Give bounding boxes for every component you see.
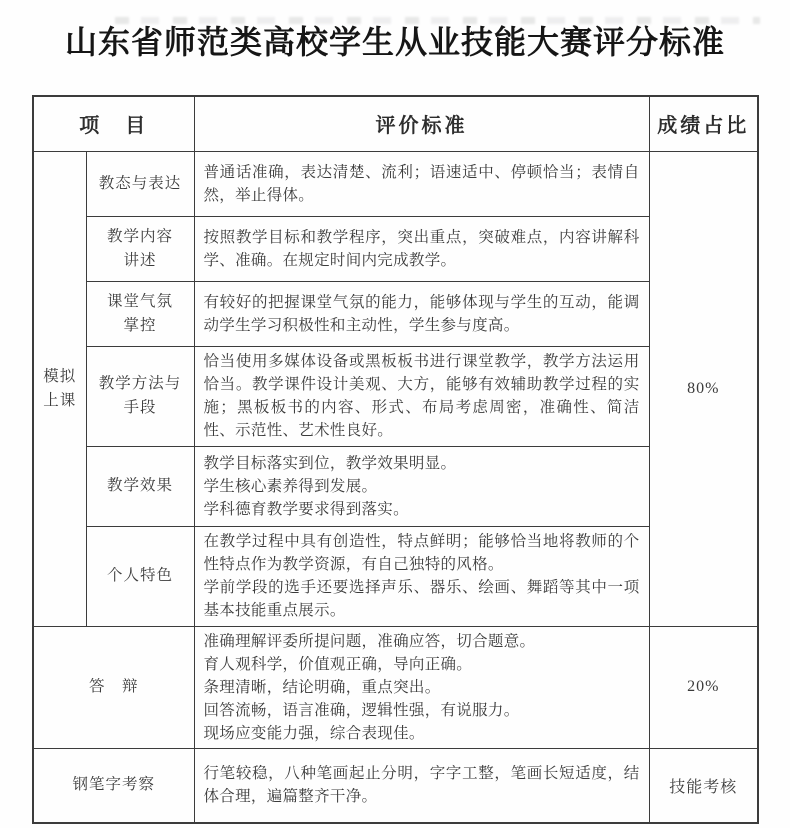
criteria-cell: 普通话准确，表达清楚、流利；语速适中、停顿恰当；表情自然，举止得体。 — [194, 151, 649, 216]
criteria-cell: 按照教学目标和教学程序，突出重点，突破难点，内容讲解科学、准确。在规定时间内完成… — [194, 216, 649, 281]
criteria-cell: 在教学过程中具有创造性，特点鲜明；能够恰当地将教师的个性特点作为教学资源，有自己… — [194, 526, 649, 626]
scoring-table: 项 目 评价标准 成绩占比 模拟 上课 教态与表达 普通话准确，表达清楚、流利；… — [32, 95, 759, 824]
criteria-cell: 有较好的把握课堂气氛的能力，能够体现与学生的互动，能调动学生学习积极性和主动性，… — [194, 281, 649, 346]
table-header-row: 项 目 评价标准 成绩占比 — [33, 96, 758, 151]
document-page: 山东省师范类高校学生从业技能大赛评分标准 项 目 评价标准 成绩占比 模拟 上课… — [0, 0, 790, 828]
weight-cell-80: 80% — [649, 151, 758, 626]
item-label-cell: 课堂气氛 掌控 — [86, 281, 194, 346]
criteria-cell: 准确理解评委所提问题，准确应答，切合题意。 育人观科学，价值观正确，导向正确。 … — [194, 626, 649, 748]
table-row: 钢笔字考察 行笔较稳，八种笔画起止分明，字字工整，笔画长短适度，结体合理，遍篇整… — [33, 748, 758, 823]
page-title: 山东省师范类高校学生从业技能大赛评分标准 — [10, 22, 780, 62]
criteria-cell: 行笔较稳，八种笔画起止分明，字字工整，笔画长短适度，结体合理，遍篇整齐干净。 — [194, 748, 649, 823]
header-cell-item: 项 目 — [33, 96, 194, 151]
item-label-cell: 教学内容 讲述 — [86, 216, 194, 281]
table-row: 模拟 上课 教态与表达 普通话准确，表达清楚、流利；语速适中、停顿恰当；表情自然… — [33, 151, 758, 216]
table-row: 答 辩 准确理解评委所提问题，准确应答，切合题意。 育人观科学，价值观正确，导向… — [33, 626, 758, 748]
item-label-cell: 个人特色 — [86, 526, 194, 626]
group-cell-simulated-teaching: 模拟 上课 — [33, 151, 86, 626]
item-label-cell: 教学方法与 手段 — [86, 346, 194, 446]
item-label-cell-defense: 答 辩 — [33, 626, 194, 748]
item-label-cell: 教学效果 — [86, 446, 194, 526]
criteria-cell: 恰当使用多媒体设备或黑板板书进行课堂教学，教学方法运用恰当。教学课件设计美观、大… — [194, 346, 649, 446]
item-label-cell: 教态与表达 — [86, 151, 194, 216]
criteria-cell: 教学目标落实到位，教学效果明显。 学生核心素养得到发展。 学科德育教学要求得到落… — [194, 446, 649, 526]
weight-cell-20: 20% — [649, 626, 758, 748]
weight-cell-skill-assessment: 技能考核 — [649, 748, 758, 823]
header-cell-criteria: 评价标准 — [194, 96, 649, 151]
header-cell-weight: 成绩占比 — [649, 96, 758, 151]
item-label-cell-penmanship: 钢笔字考察 — [33, 748, 194, 823]
